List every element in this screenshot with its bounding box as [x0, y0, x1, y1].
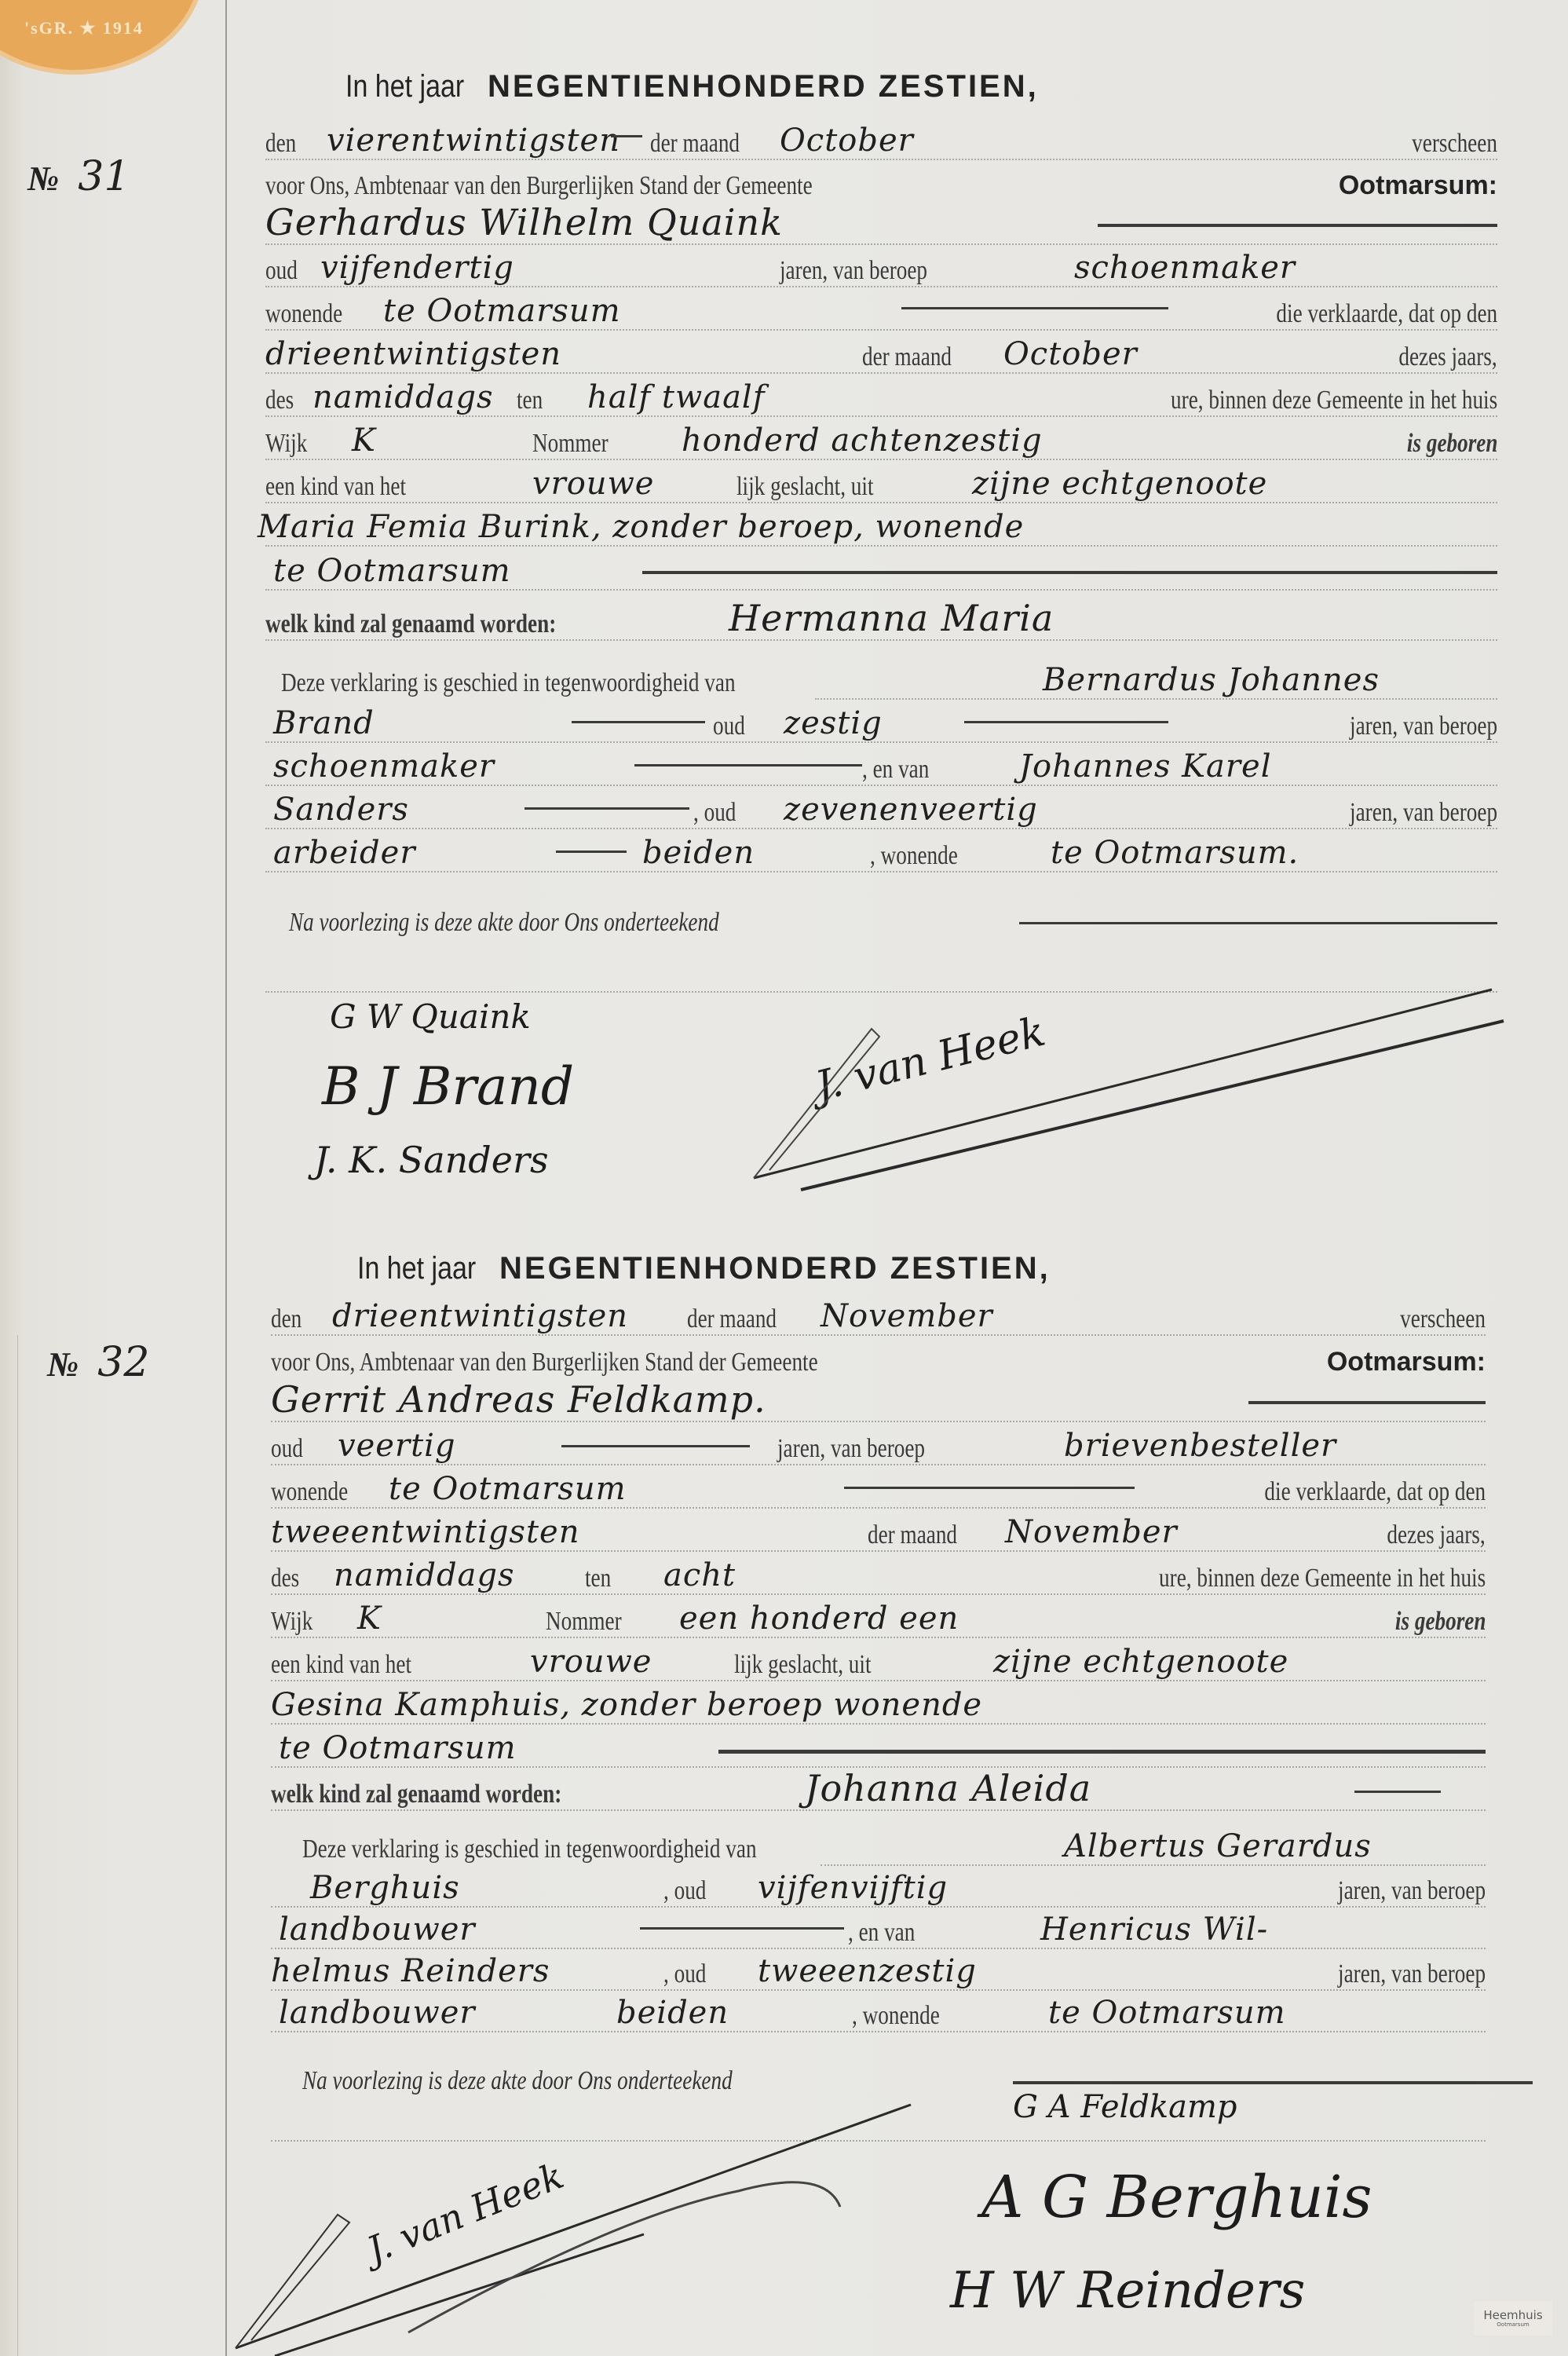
- label-wonende: wonende: [271, 1477, 348, 1507]
- witness2-first-name: Henricus Wil-: [1040, 1912, 1268, 1948]
- witness2-occupation: landbouwer: [279, 1995, 476, 2031]
- declaration-day: vierentwintigsten: [327, 123, 620, 159]
- label-der-maand: der maand: [687, 1304, 777, 1334]
- mother-name: Maria Femia Burink, zonder beroep, wonen…: [258, 509, 1024, 545]
- label-der-maand: der maand: [650, 129, 740, 159]
- label-der-maand: der maand: [862, 342, 952, 372]
- signature-witness2: J. K. Sanders: [314, 1139, 549, 1181]
- heemhuis-watermark: Heemhuis Ootmarsum: [1474, 2301, 1552, 2336]
- label-des: des: [265, 386, 294, 415]
- witness1-first-name: Bernardus Johannes: [1043, 662, 1380, 698]
- witness1-age: zestig: [784, 705, 883, 741]
- witness1-last-name: Berghuis: [310, 1870, 460, 1906]
- witness2-age: zevenenveertig: [784, 792, 1038, 828]
- label-is-geboren: is geboren: [1394, 1607, 1486, 1637]
- child-sex: vrouwe: [530, 1644, 652, 1680]
- house-number: honderd achtenzestig: [682, 423, 1043, 459]
- declarant-occupation: schoenmaker: [1074, 250, 1296, 286]
- watermark-subtitle: Ootmarsum: [1474, 2321, 1552, 2328]
- birth-hour: acht: [663, 1557, 736, 1593]
- label-die-verklaarde: die verklaarde, dat op den: [1264, 1477, 1486, 1507]
- signature-declarant: G A Feldkamp: [1013, 2089, 1237, 2125]
- label-oud: oud: [265, 256, 298, 286]
- label-voor-ons: voor Ons, Ambtenaar van den Burgerlijken…: [271, 1348, 818, 1377]
- label-deze-verklaring: Deze verklaring is geschied in tegenwoor…: [302, 1835, 757, 1864]
- child-sex: vrouwe: [532, 466, 654, 502]
- label-kind-van-het: een kind van het: [265, 472, 406, 502]
- label-en-van: , en van: [848, 1918, 915, 1948]
- witness1-occupation: landbouwer: [279, 1912, 476, 1948]
- label-voor-ons: voor Ons, Ambtenaar van den Burgerlijken…: [265, 171, 813, 201]
- label-oud: oud: [271, 1434, 303, 1464]
- line-child-sex: een kind van het vrouwe lijk geslacht, u…: [271, 1645, 1486, 1686]
- line-mother-residence: te Ootmarsum: [265, 554, 1497, 595]
- witnesses-residence: te Ootmarsum.: [1051, 835, 1299, 871]
- line-residence: wonende te Ootmarsum die verklaarde, dat…: [265, 294, 1497, 335]
- signature-declarant: G W Quaink: [330, 997, 531, 1036]
- label-is-geboren: is geboren: [1406, 429, 1497, 459]
- house-number: een honderd een: [679, 1601, 959, 1637]
- record-number-value: 31: [78, 153, 130, 200]
- witness1-first-name: Albertus Gerardus: [1064, 1828, 1372, 1864]
- witness1-occupation: schoenmaker: [273, 748, 495, 785]
- line-witness1: Berghuis , oud vijfenvijftig jaren, van …: [271, 1871, 1486, 1912]
- label-nommer: Nommer: [546, 1607, 622, 1637]
- signature-witness1: A G Berghuis: [981, 2164, 1372, 2231]
- signature-witness1: B J Brand: [322, 1056, 574, 1117]
- label-ten: ten: [585, 1564, 611, 1593]
- stamp-text: 'sGR. ★ 1914: [24, 18, 144, 38]
- birth-day: tweeentwintigsten: [271, 1514, 579, 1550]
- label-deze-verklaring: Deze verklaring is geschied in tegenwoor…: [281, 668, 736, 698]
- label-verscheen: verscheen: [1412, 129, 1497, 159]
- label-der-maand: der maand: [868, 1520, 957, 1550]
- label-verscheen: verscheen: [1400, 1304, 1486, 1334]
- tax-stamp: 'sGR. ★ 1914: [0, 0, 204, 75]
- official-flourish: [738, 982, 1523, 1194]
- line-child-name: welk kind zal genaamd worden: Johanna Al…: [271, 1775, 1486, 1816]
- line-witness1-occupation: schoenmaker , en van Johannes Karel: [265, 750, 1497, 791]
- line-witnesses-intro: Deze verklaring is geschied in tegenwoor…: [265, 664, 1497, 704]
- line-residence: wonende te Ootmarsum die verklaarde, dat…: [271, 1472, 1486, 1513]
- witnesses-residence: te Ootmarsum: [1048, 1995, 1286, 2031]
- line-date: den vierentwintigsten der maand October …: [265, 124, 1497, 165]
- watermark-title: Heemhuis: [1474, 2301, 1552, 2321]
- line-witness2-occupation: arbeider beiden , wonende te Ootmarsum.: [265, 836, 1497, 877]
- time-of-day: namiddags: [313, 379, 494, 415]
- witness2-last-name: Sanders: [273, 792, 409, 828]
- line-child-name: welk kind zal genaamd worden: Hermanna M…: [265, 605, 1497, 646]
- declarant-occupation: brievenbesteller: [1064, 1428, 1336, 1464]
- line-birth-time: des namiddags ten half twaalf ure, binne…: [265, 381, 1497, 422]
- birth-month: November: [1005, 1514, 1178, 1550]
- mother-residence: te Ootmarsum: [279, 1730, 517, 1766]
- mother-name: Gesina Kamphuis, zonder beroep wonende: [271, 1687, 982, 1723]
- line-witness2: helmus Reinders , oud tweeenzestig jaren…: [271, 1955, 1486, 1996]
- declarant-age: veertig: [338, 1428, 456, 1464]
- line-date: den drieentwintigsten der maand November…: [271, 1300, 1486, 1341]
- declarant-residence: te Ootmarsum: [389, 1471, 627, 1507]
- label-en-van: , en van: [862, 755, 929, 785]
- label-kind-van-het: een kind van het: [271, 1650, 411, 1680]
- wijk-value: K: [357, 1601, 382, 1637]
- line-witnesses-intro: Deze verklaring is geschied in tegenwoor…: [271, 1830, 1486, 1871]
- label-des: des: [271, 1564, 299, 1593]
- gemeente-name: Ootmarsum:: [1339, 170, 1497, 201]
- spouse-intro: zijne echtgenoote: [993, 1644, 1288, 1680]
- label-den: den: [271, 1304, 302, 1334]
- declarant-residence: te Ootmarsum: [383, 293, 621, 329]
- line-birth-date: tweeentwintigsten der maand November dez…: [271, 1516, 1486, 1557]
- label-oud: oud: [713, 712, 745, 741]
- header-year: NEGENTIENHONDERD ZESTIEN,: [488, 69, 1039, 104]
- gemeente-name: Ootmarsum:: [1327, 1347, 1486, 1377]
- line-witness1-occupation: landbouwer , en van Henricus Wil-: [271, 1913, 1486, 1954]
- label-jaren-beroep: jaren, van beroep: [780, 256, 927, 286]
- spouse-intro: zijne echtgenoote: [972, 466, 1267, 502]
- label-ure: ure, binnen deze Gemeente in het huis: [1171, 386, 1497, 415]
- label-genaamd: welk kind zal genaamd worden:: [271, 1780, 561, 1809]
- left-margin-rule: [225, 0, 227, 2356]
- witness1-age: vijfenvijftig: [758, 1870, 948, 1906]
- witnesses-both: beiden: [642, 835, 755, 871]
- child-name: Hermanna Maria: [729, 597, 1054, 639]
- number-sign: №: [27, 159, 59, 198]
- label-jaren-beroep: jaren, van beroep: [777, 1434, 925, 1464]
- declarant-name: Gerhardus Wilhelm Quaink: [265, 201, 783, 243]
- line-address: Wijk K Nommer een honderd een is geboren: [271, 1602, 1486, 1643]
- label-wonende: wonende: [265, 299, 342, 329]
- birth-day: drieentwintigsten: [265, 336, 561, 372]
- witness2-last-name: helmus Reinders: [271, 1953, 550, 1989]
- header-year: NEGENTIENHONDERD ZESTIEN,: [499, 1251, 1051, 1286]
- label-dezes-jaars: dezes jaars,: [1387, 1520, 1486, 1550]
- label-lijk-geslacht: lijk geslacht, uit: [734, 1650, 872, 1680]
- label-oud: , oud: [663, 1876, 706, 1906]
- declaration-month: November: [821, 1298, 993, 1334]
- line-witness2: Sanders , oud zevenenveertig jaren, van …: [265, 793, 1497, 834]
- header-prefix: In het jaar: [345, 69, 464, 104]
- page-edge-rule: [17, 1335, 18, 2356]
- line-declarant: Gerrit Andreas Feldkamp.: [271, 1386, 1486, 1427]
- witness1-last-name: Brand: [273, 705, 375, 741]
- record-number: №32: [47, 1339, 149, 1386]
- witnesses-both: beiden: [616, 1995, 729, 2031]
- line-mother: Gesina Kamphuis, zonder beroep wonende: [271, 1688, 1486, 1729]
- label-lijk-geslacht: lijk geslacht, uit: [736, 472, 874, 502]
- label-ure: ure, binnen deze Gemeente in het huis: [1159, 1564, 1486, 1593]
- label-oud: , oud: [693, 798, 736, 828]
- label-wijk: Wijk: [265, 429, 307, 459]
- label-genaamd: welk kind zal genaamd worden:: [265, 609, 556, 639]
- witness2-occupation: arbeider: [273, 835, 415, 871]
- label-jaren-beroep: jaren, van beroep: [1350, 798, 1497, 828]
- birth-month: October: [1003, 336, 1138, 372]
- label-jaren-beroep: jaren, van beroep: [1350, 712, 1497, 741]
- label-dezes-jaars: dezes jaars,: [1399, 342, 1497, 372]
- label-na-voorlezing: Na voorlezing is deze akte door Ons onde…: [289, 908, 719, 938]
- header-prefix: In het jaar: [357, 1251, 476, 1286]
- declaration-month: October: [780, 123, 914, 159]
- witness2-first-name: Johannes Karel: [1019, 748, 1271, 785]
- official-flourish: [228, 2089, 1013, 2356]
- child-name: Johanna Aleida: [805, 1767, 1091, 1809]
- line-birth-date: drieentwintigsten der maand October deze…: [265, 338, 1497, 379]
- number-sign: №: [47, 1345, 79, 1384]
- label-jaren-beroep: jaren, van beroep: [1338, 1959, 1486, 1989]
- record-header: In het jaar NEGENTIENHONDERD ZESTIEN,: [345, 69, 1039, 104]
- line-age-occupation: oud vijfendertig jaren, van beroep schoe…: [265, 251, 1497, 292]
- line-child-sex: een kind van het vrouwe lijk geslacht, u…: [265, 467, 1497, 508]
- witness2-age: tweeenzestig: [758, 1953, 977, 1989]
- label-nommer: Nommer: [532, 429, 609, 459]
- label-wonende: , wonende: [870, 841, 958, 871]
- line-witness1: Brand oud zestig jaren, van beroep: [265, 707, 1497, 748]
- label-wijk: Wijk: [271, 1607, 313, 1637]
- label-den: den: [265, 129, 296, 159]
- line-address: Wijk K Nommer honderd achtenzestig is ge…: [265, 424, 1497, 465]
- wijk-value: K: [352, 423, 376, 459]
- line-age-occupation: oud veertig jaren, van beroep brievenbes…: [271, 1429, 1486, 1470]
- birth-hour: half twaalf: [587, 379, 766, 415]
- line-birth-time: des namiddags ten acht ure, binnen deze …: [271, 1559, 1486, 1600]
- time-of-day: namiddags: [334, 1557, 515, 1593]
- declarant-name: Gerrit Andreas Feldkamp.: [271, 1378, 766, 1421]
- label-oud: , oud: [663, 1959, 706, 1989]
- line-declarant: Gerhardus Wilhelm Quaink: [265, 209, 1497, 250]
- declaration-day: drieentwintigsten: [332, 1298, 628, 1334]
- mother-residence: te Ootmarsum: [273, 553, 511, 589]
- label-jaren-beroep: jaren, van beroep: [1338, 1876, 1486, 1906]
- label-die-verklaarde: die verklaarde, dat op den: [1276, 299, 1497, 329]
- record-number: №31: [27, 153, 130, 200]
- record-header: In het jaar NEGENTIENHONDERD ZESTIEN,: [357, 1251, 1051, 1286]
- line-mother: Maria Femia Burink, zonder beroep, wonen…: [265, 510, 1497, 551]
- line-witness2-occupation: landbouwer beiden , wonende te Ootmarsum: [271, 1996, 1486, 2037]
- label-wonende: , wonende: [852, 2001, 940, 2031]
- record-number-value: 32: [97, 1339, 149, 1386]
- label-ten: ten: [517, 386, 543, 415]
- declarant-age: vijfendertig: [320, 250, 514, 286]
- line-signed: Na voorlezing is deze akte door Ons onde…: [265, 903, 1497, 944]
